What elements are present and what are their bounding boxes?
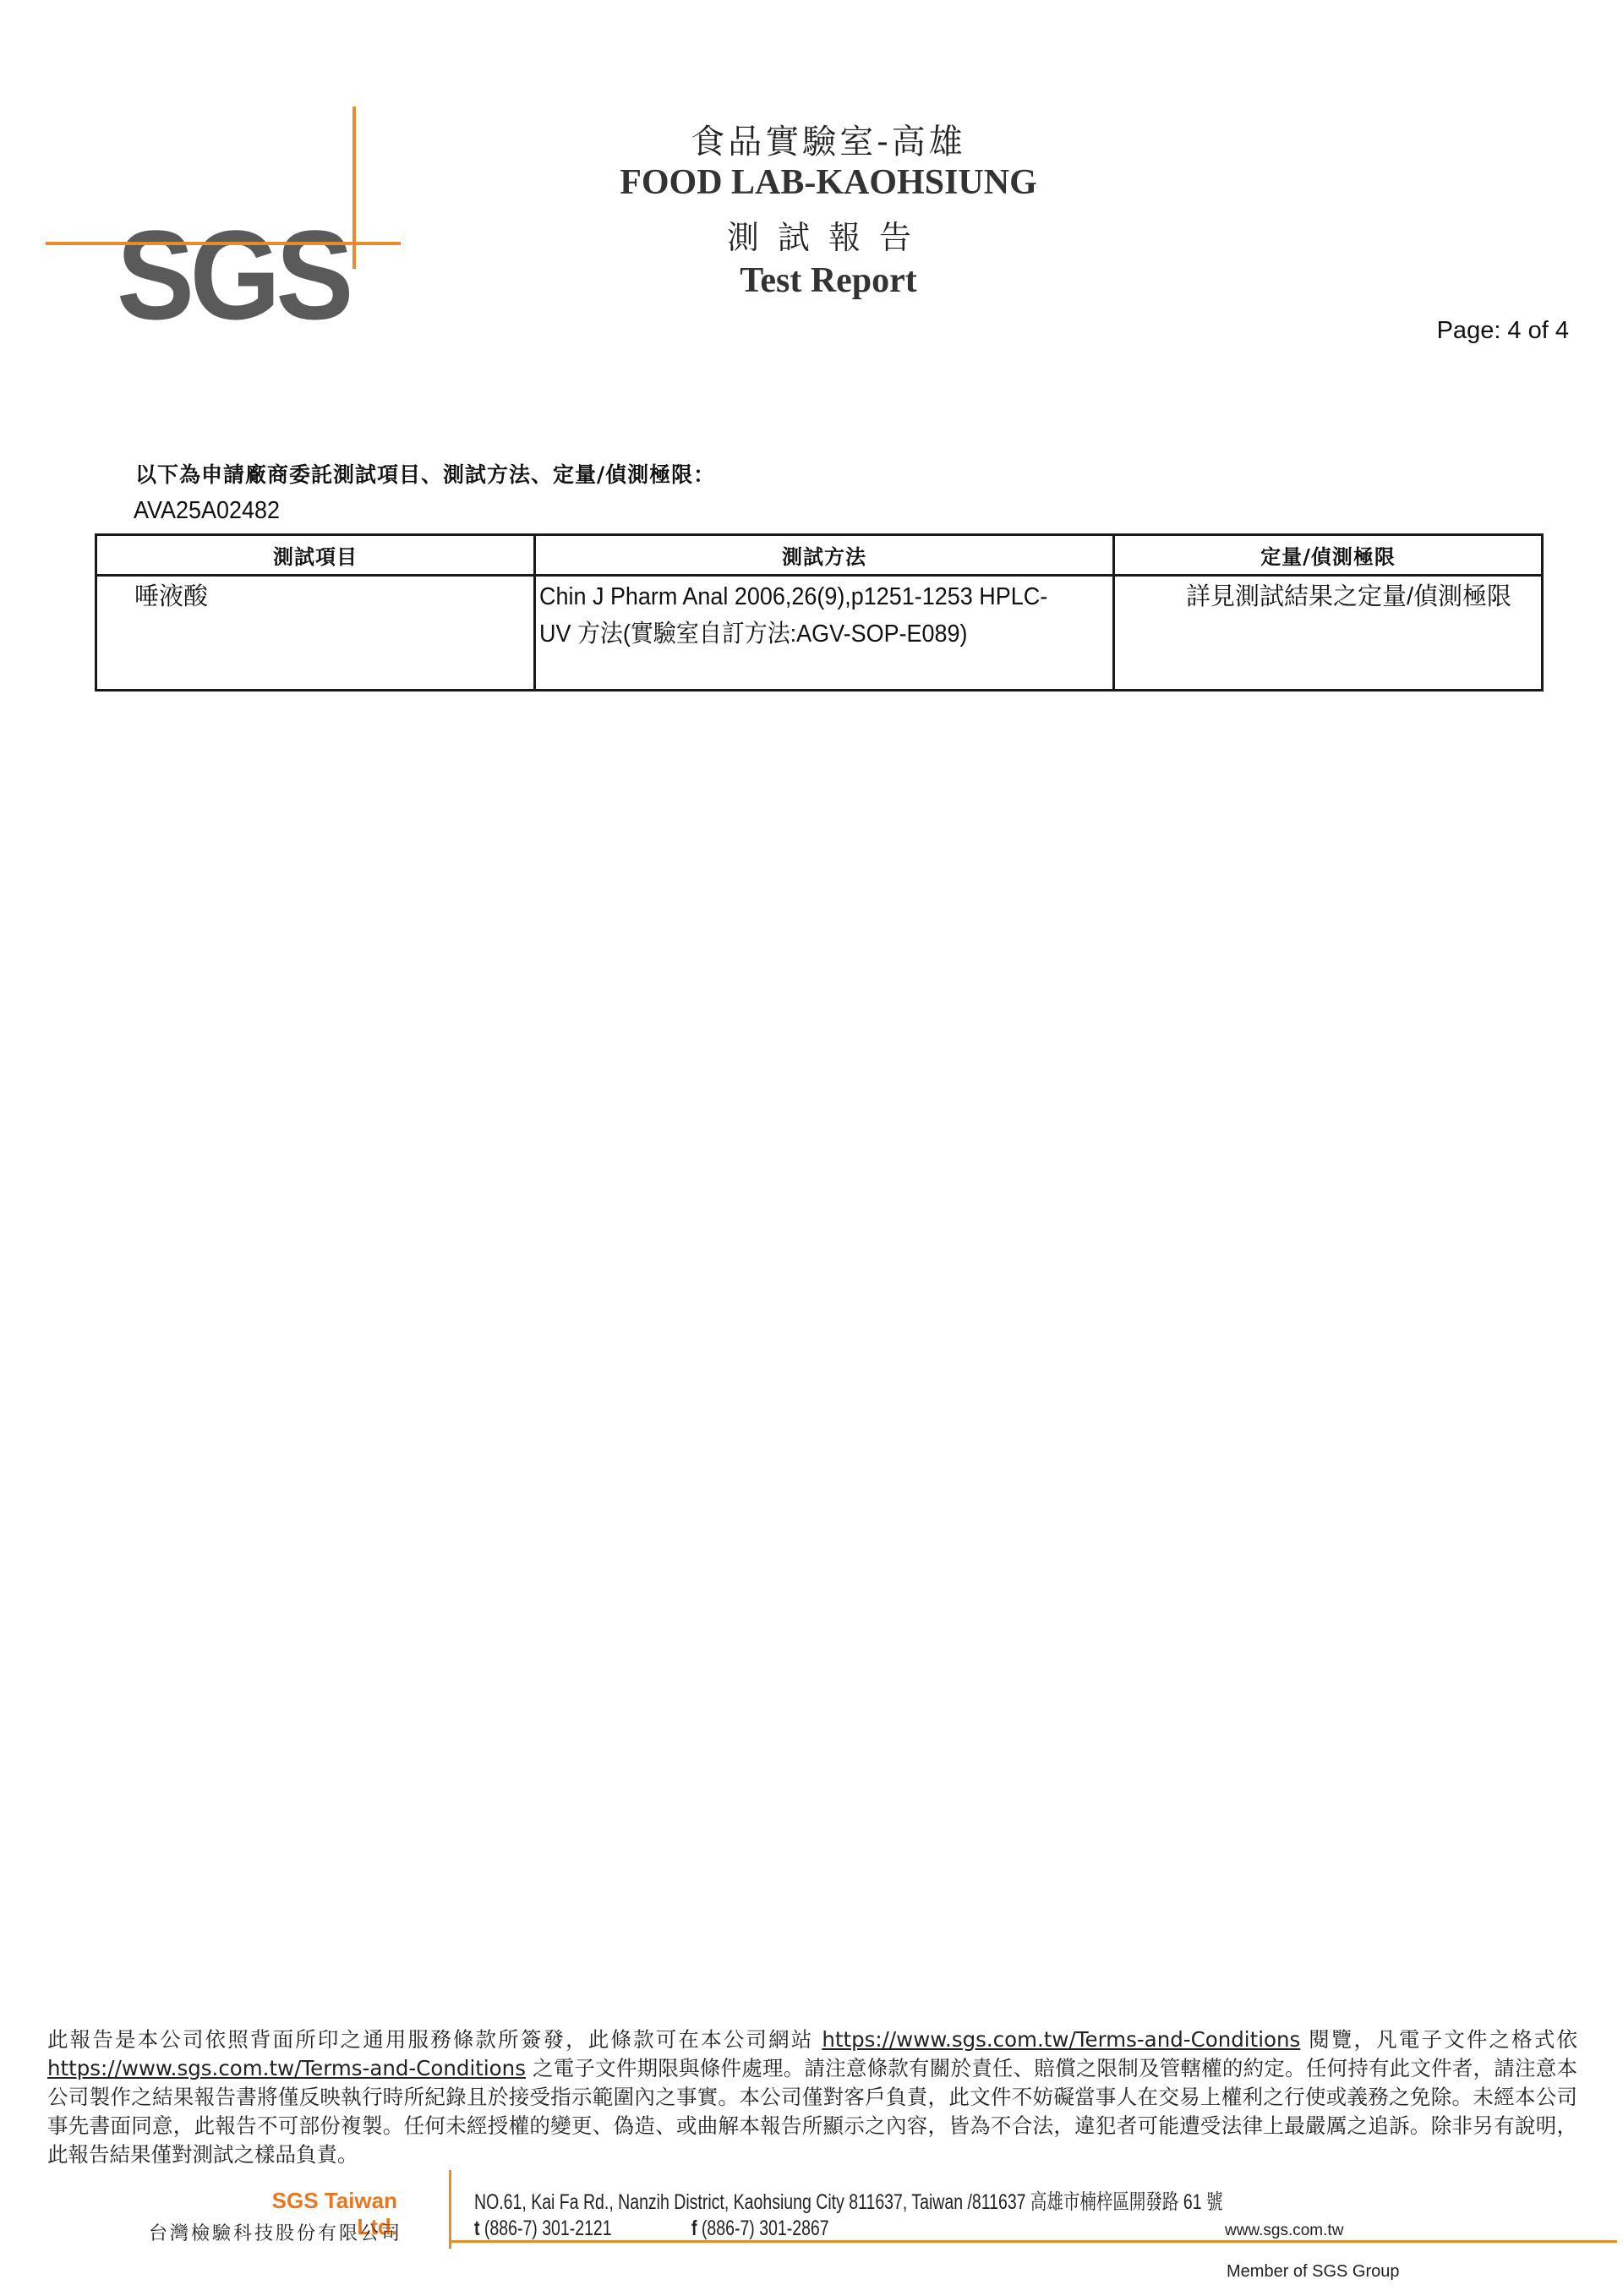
terms-link-1[interactable]: https://www.sgs.com.tw/Terms-and-Conditi… [822,2027,1300,2052]
member-of-group: Member of SGS Group [1227,2262,1400,2282]
test-items-table: 測試項目 測試方法 定量/偵測極限 唾液酸 Chin J Pharm Anal … [95,533,1544,692]
test-method-line-1: Chin J Pharm Anal 2006,26(9),p1251-1253 … [539,578,1047,615]
page-indicator: Page: 4 of 4 [1437,317,1569,345]
detection-limit-text: 詳見測試結果之定量/偵測極限 [1186,583,1511,610]
lab-name-en: FOOD LAB-KAOHSIUNG [0,162,1623,203]
cell-detection-limit: 詳見測試結果之定量/偵測極限 [1114,576,1543,691]
report-title-cn: 測試報告 [0,211,1623,258]
table-header-row: 測試項目 測試方法 定量/偵測極限 [96,535,1543,576]
terms-link-2[interactable]: https://www.sgs.com.tw/Terms-and-Conditi… [47,2056,526,2080]
test-method-line-2: UV 方法(實驗室自訂方法:AGV-SOP-E089) [539,615,968,653]
intro-heading: 以下為申請廠商委託測試項目、測試方法、定量/偵測極限： [135,458,715,489]
footer-horizontal-rule [449,2240,1617,2243]
fax: f (886-7) 301-2867 [691,2217,829,2241]
lab-name-cn: 食品實驗室-高雄 [0,115,1623,163]
cell-test-item: 唾液酸 [96,576,535,691]
cell-test-method: Chin J Pharm Anal 2006,26(9),p1251-1253 … [535,576,1114,691]
legal-disclaimer: 此報告是本公司依照背面所印之通用服務條款所簽發，此條款可在本公司網站 https… [47,2025,1577,2169]
fax-prefix: f [691,2217,697,2240]
telephone: t (886-7) 301-2121 [474,2217,612,2241]
fax-number: (886-7) 301-2867 [702,2217,829,2240]
disclaimer-part-1: 此報告是本公司依照背面所印之通用服務條款所簽發，此條款可在本公司網站 [47,2027,822,2052]
column-header-method: 測試方法 [535,535,1114,576]
report-number: AVA25A02482 [134,497,280,525]
report-title-en: Test Report [0,260,1623,301]
column-header-limit: 定量/偵測極限 [1114,535,1543,576]
tel-prefix: t [474,2217,479,2240]
tel-number: (886-7) 301-2121 [484,2217,612,2240]
column-header-item: 測試項目 [96,535,535,576]
disclaimer-part-2: 閱覽，凡電子文件之格式依 [1300,2027,1577,2052]
test-item-text: 唾液酸 [134,583,208,610]
footer-vertical-rule [449,2170,451,2249]
company-name-cn: 台灣檢驗科技股份有限公司 [127,2219,402,2245]
company-address: NO.61, Kai Fa Rd., Nanzih District, Kaoh… [474,2185,1222,2216]
website-link[interactable]: www.sgs.com.tw [1225,2222,1343,2240]
table-row: 唾液酸 Chin J Pharm Anal 2006,26(9),p1251-1… [96,576,1543,691]
